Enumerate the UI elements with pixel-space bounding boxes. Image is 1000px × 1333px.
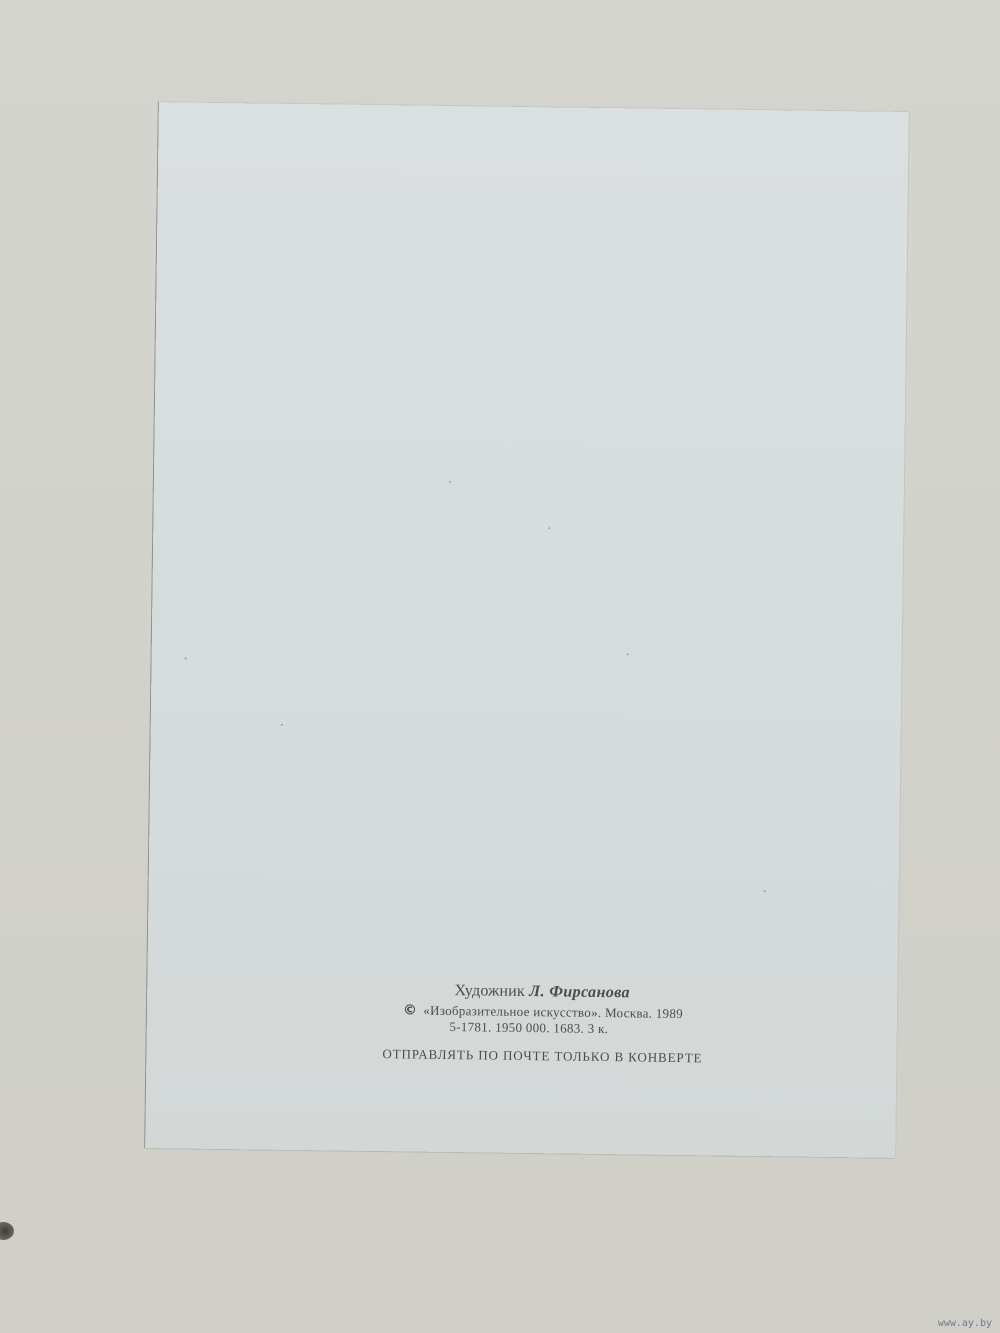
publisher-imprint: Художник Л. Фирсанова ©«Изобразительное …	[146, 978, 897, 1069]
copyright-icon: ©	[403, 1002, 418, 1018]
paper-speck	[281, 724, 283, 726]
paper-speck	[627, 653, 629, 655]
paper-speck	[548, 527, 550, 529]
watermark: www.ay.by	[938, 1318, 992, 1329]
paper-speck	[449, 481, 451, 483]
paper-speck	[185, 658, 187, 660]
paper-speck	[764, 890, 766, 892]
artist-name: Л. Фирсанова	[529, 983, 630, 1001]
table-object	[0, 1222, 14, 1240]
artist-label: Художник	[454, 982, 525, 1000]
mail-notice: ОТПРАВЛЯТЬ ПО ПОЧТЕ ТОЛЬКО В КОНВЕРТЕ	[188, 1044, 896, 1069]
postcard-back: Художник Л. Фирсанова ©«Изобразительное …	[145, 102, 909, 1158]
